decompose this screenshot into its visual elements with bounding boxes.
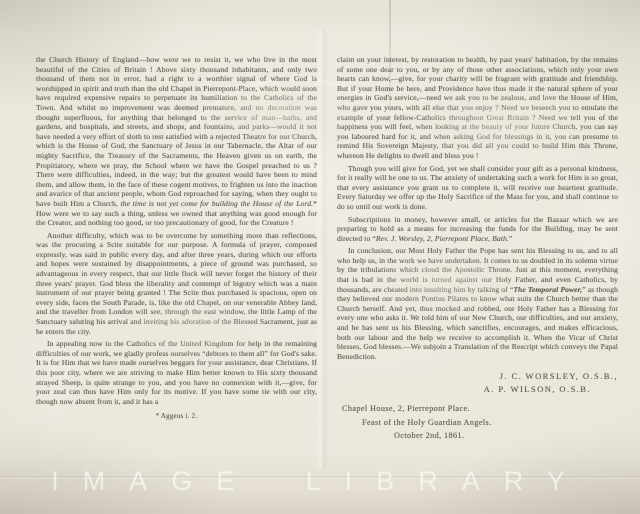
address-block: Chapel House, 2, Pierrepont Place.Feast … bbox=[337, 402, 618, 443]
text-segment: the time is not yet come for building th… bbox=[120, 199, 313, 208]
image-library-watermark: IMAGE LIBRARY bbox=[0, 466, 640, 497]
paragraph: Subscriptions in money, however small, o… bbox=[337, 215, 618, 244]
address-line: Feast of the Holy Guardian Angels. bbox=[362, 416, 618, 430]
signature-block: J. C. WORSLEY, O.S.B.,A. P. WILSON, O.S.… bbox=[337, 370, 618, 396]
paragraph: Though you will give for God, yet we sha… bbox=[337, 164, 618, 212]
paragraph: Another difficulty, which was to be over… bbox=[36, 231, 317, 337]
text-segment: Rev. J. Worsley, 2, Pierrepont Place, Ba… bbox=[376, 234, 509, 243]
text-segment: the Church History of England—how were w… bbox=[36, 55, 317, 208]
scanned-document-page: the Church History of England—how were w… bbox=[0, 0, 640, 514]
text-segment: Though you will give for God, yet we sha… bbox=[337, 164, 618, 211]
signature-line: A. P. WILSON, O.S.B. bbox=[337, 383, 618, 396]
footnote: * Aggeus i. 2. bbox=[36, 412, 317, 422]
signature-line: J. C. WORSLEY, O.S.B., bbox=[337, 370, 618, 383]
address-line: October 2nd, 1861. bbox=[394, 429, 618, 443]
address-line: Chapel House, 2, Pierrepont Place. bbox=[342, 402, 618, 416]
text-segment: claim on your interest, by restoration t… bbox=[337, 55, 618, 160]
text-segment: In appealing now to the Catholics of the… bbox=[36, 339, 317, 406]
paragraph: In appealing now to the Catholics of the… bbox=[36, 339, 317, 406]
text-segment: ” bbox=[509, 234, 512, 243]
right-text-column: claim on your interest, by restoration t… bbox=[337, 55, 618, 443]
paragraph: In conclusion, our Most Holy Father the … bbox=[337, 246, 618, 361]
text-segment: The Temporal Power, bbox=[513, 285, 582, 294]
paragraph: the Church History of England—how were w… bbox=[36, 55, 317, 228]
text-segment: Another difficulty, which was to be over… bbox=[36, 231, 317, 336]
left-text-column: the Church History of England—how were w… bbox=[36, 55, 317, 422]
paragraph: claim on your interest, by restoration t… bbox=[337, 55, 618, 161]
